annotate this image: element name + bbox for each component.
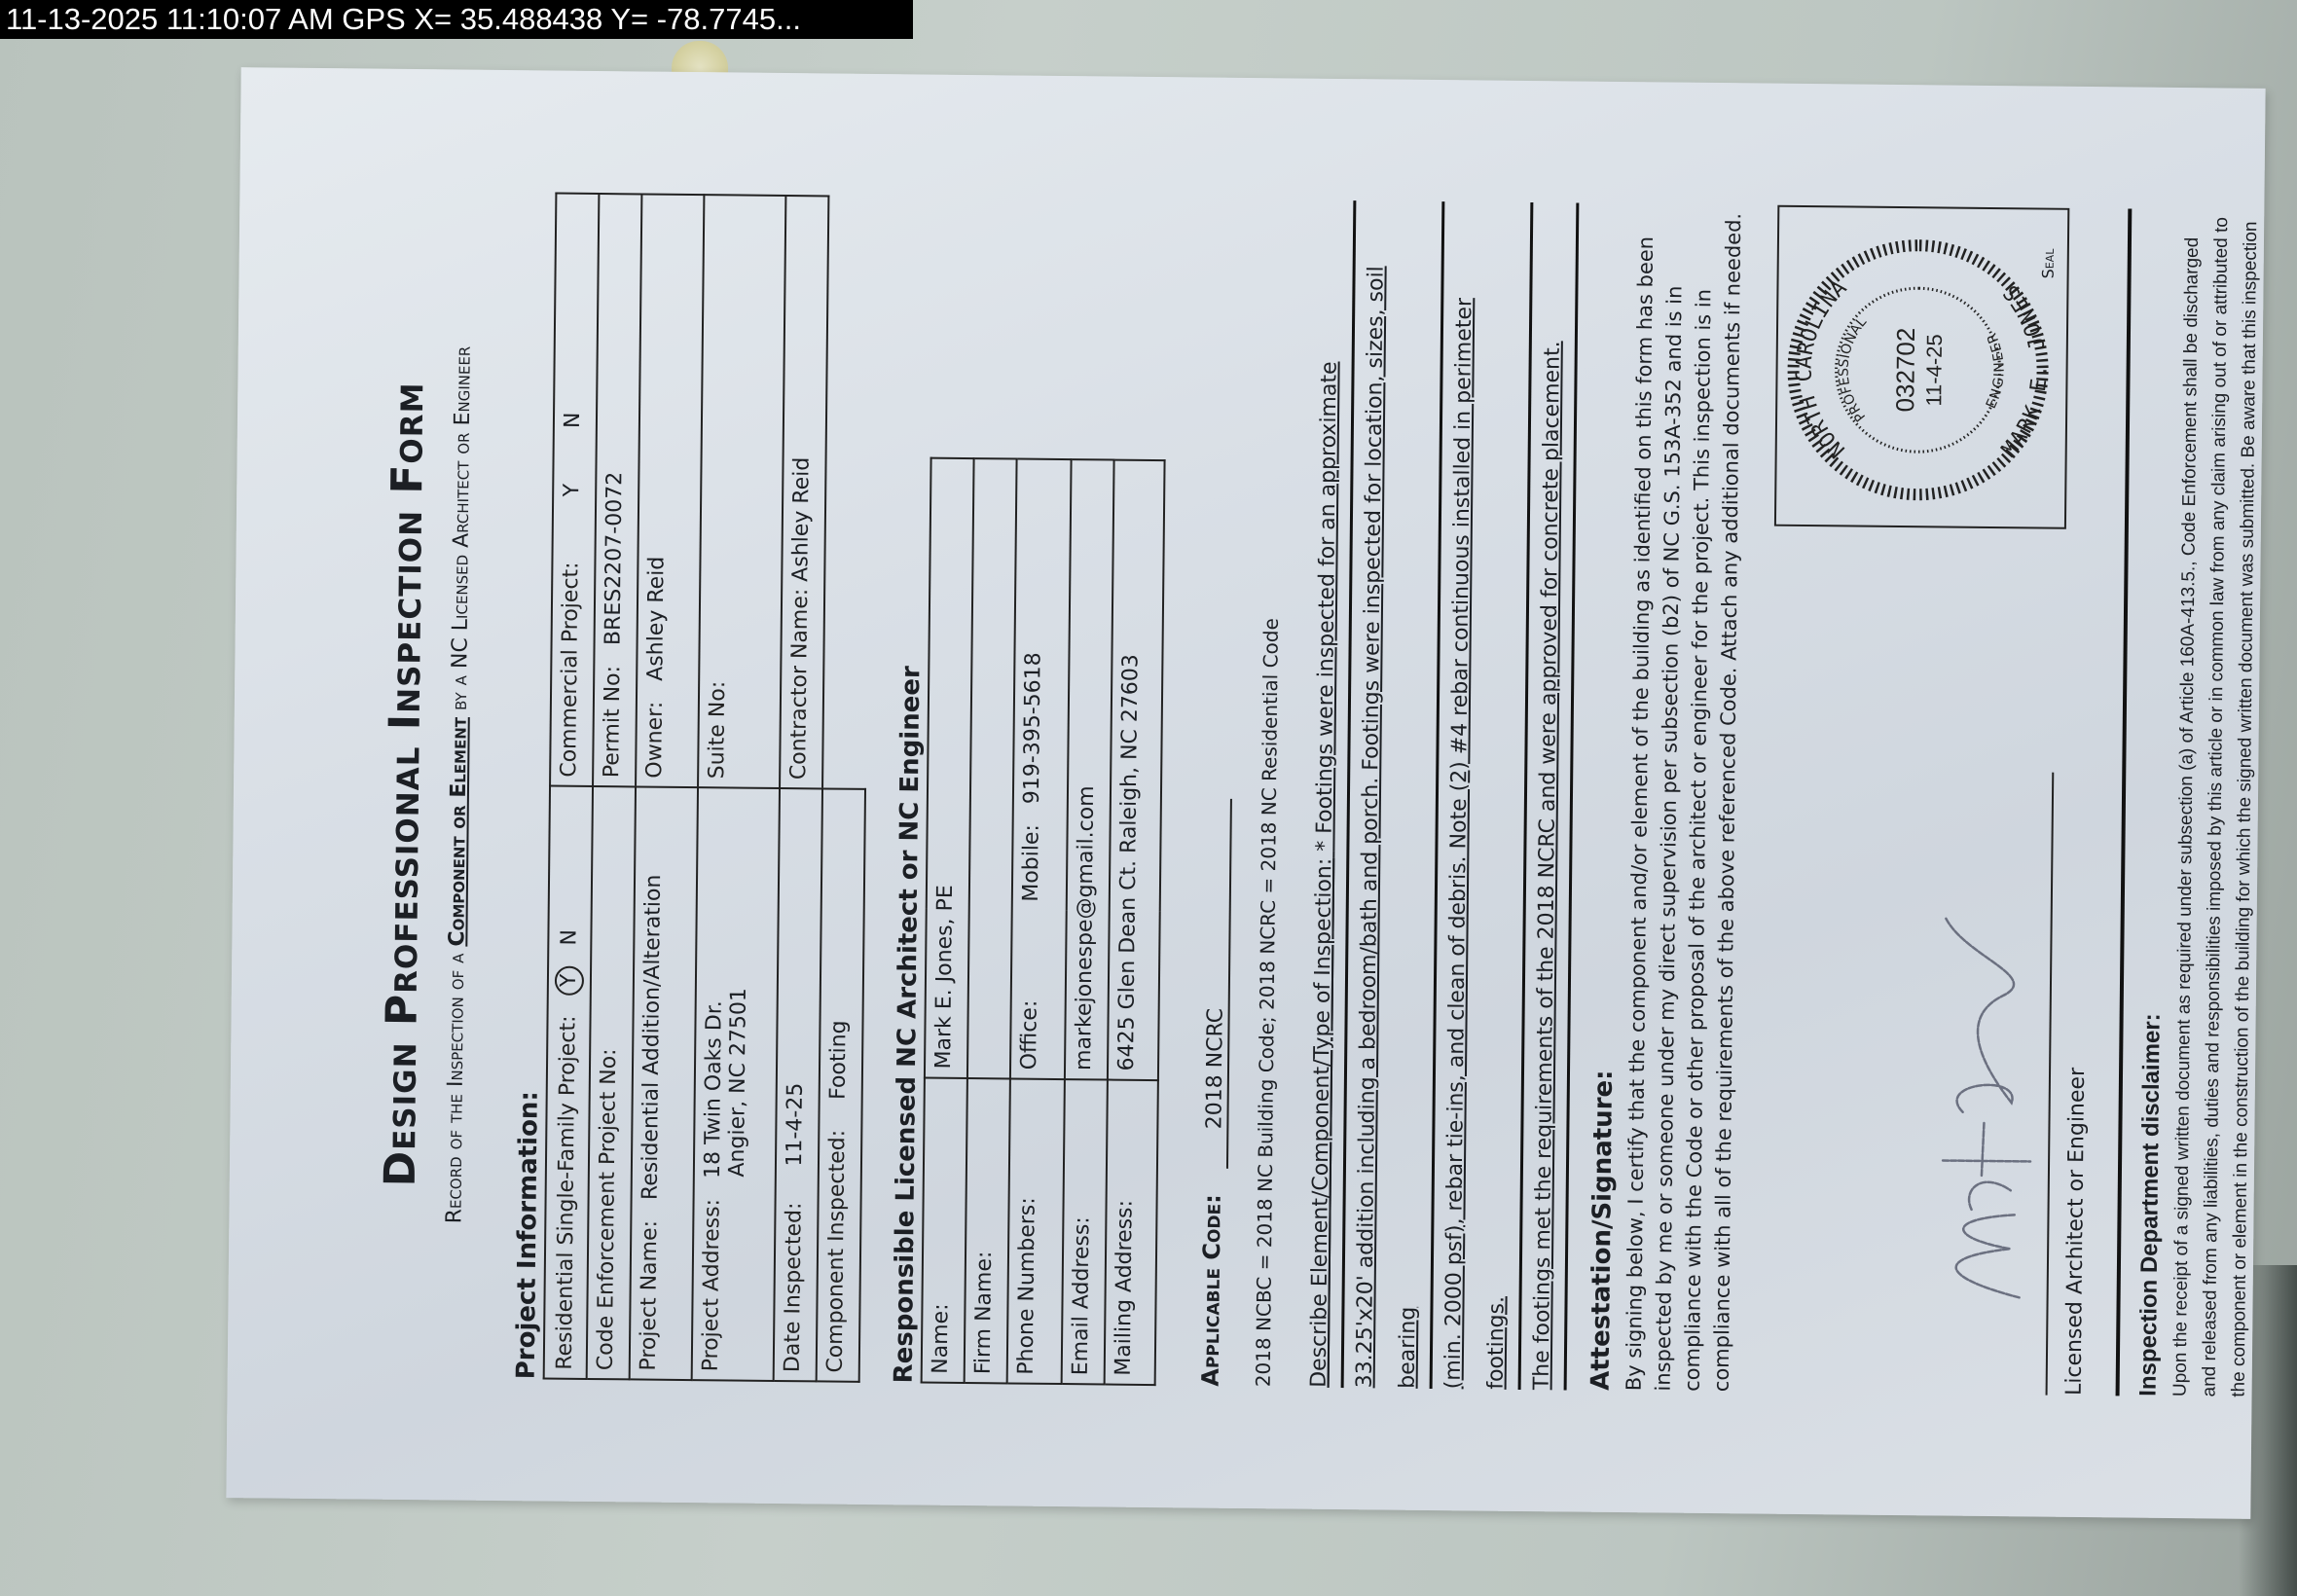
subtitle-suffix: by a NC Licensed Architect or Engineer	[448, 346, 476, 710]
component-value: Footing	[826, 1020, 852, 1100]
applicable-code-value: 2018 NCRC	[1202, 798, 1232, 1168]
name-label-cell: Name:	[922, 1077, 967, 1383]
contractor-value: Ashley Reid	[788, 457, 814, 582]
email-label-cell: Email Address:	[1062, 1079, 1108, 1385]
component-label: Component Inspected:	[823, 1130, 851, 1373]
svg-text:PROFESSIONAL: PROFESSIONAL	[1836, 314, 1870, 424]
permit-label: Permit No:	[600, 666, 625, 778]
svg-text:ENGINEER: ENGINEER	[1984, 330, 2008, 411]
address-label: Project Address:	[699, 1199, 725, 1372]
attestation-body: By signing below, I certify that the com…	[1620, 203, 1749, 1392]
owner-cell: Owner: Ashley Reid	[636, 194, 704, 787]
commercial-label: Commercial Project:	[557, 562, 583, 778]
date-label: Date Inspected:	[781, 1202, 807, 1372]
firm-value-cell	[967, 458, 1017, 1078]
mailing-label-cell: Mailing Address:	[1105, 1079, 1158, 1385]
residential-yes-circled[interactable]: Y	[555, 965, 584, 995]
inspection-description: Describe Element/Component/Type of Inspe…	[1298, 200, 1580, 1391]
address-line2: Angier, NC 27501	[725, 988, 751, 1178]
form-subtitle: Record of the Inspection of a Component …	[441, 191, 478, 1378]
name-value: Mark E. Jones, PE	[931, 885, 958, 1069]
name-value-cell: Mark E. Jones, PE	[925, 458, 974, 1078]
empty-cell	[822, 196, 871, 788]
mailing-label: Mailing Address:	[1112, 1200, 1138, 1376]
paper-sheet: Design Professional Inspection Form Reco…	[226, 67, 2265, 1519]
office-cell: Office:	[1010, 910, 1067, 1079]
mailing-value: 6425 Glen Dean Ct. Raleigh, NC 27603	[1114, 654, 1143, 1070]
firm-label-cell: Firm Name:	[965, 1078, 1010, 1384]
name-label: Name:	[929, 1303, 954, 1374]
residential-no[interactable]: N	[557, 929, 581, 946]
commercial-yes[interactable]: Y	[560, 484, 584, 497]
subtitle-prefix: Record of the Inspection of a	[442, 953, 469, 1223]
signature-scribble	[1903, 897, 2053, 1308]
applicable-code-label: Applicable Code:	[1197, 1194, 1226, 1387]
table-row: Mailing Address: 6425 Glen Dean Ct. Rale…	[1105, 460, 1165, 1385]
table-row: Phone Numbers: Office: Mobile: 919-395-5…	[1007, 459, 1072, 1384]
project-info-table: Residential Single-Family Project: Y N C…	[543, 193, 873, 1383]
inspection-form-page: Design Professional Inspection Form Reco…	[266, 102, 2227, 1485]
email-value-cell: markejonespe@gmail.com	[1065, 460, 1114, 1080]
address-line1: 18 Twin Oaks Dr.	[701, 1000, 727, 1179]
permit-value: BRES2207-0072	[602, 472, 628, 645]
project-name-value: Residential Addition/Alteration	[638, 874, 667, 1200]
commercial-cell: Commercial Project: Y N	[550, 194, 599, 786]
project-name-cell: Project Name: Residential Addition/Alter…	[630, 786, 698, 1380]
responsible-table: Name: Mark E. Jones, PE Firm Name: Phone…	[921, 457, 1166, 1386]
residential-label: Residential Single-Family Project:	[553, 1015, 581, 1369]
residential-cell: Residential Single-Family Project: Y N	[544, 786, 593, 1379]
description-label: Describe Element/Component/Type of Inspe…	[1307, 858, 1337, 1388]
description-line: (min. 2000 psf), rebar tie-ins, and clea…	[1433, 201, 1534, 1390]
code-enforcement-label: Code Enforcement Project No:	[594, 1048, 621, 1370]
mobile-label: Mobile:	[1019, 824, 1044, 902]
phone-label-cell: Phone Numbers:	[1007, 1078, 1065, 1384]
owner-value: Ashley Reid	[643, 557, 669, 681]
firm-label: Firm Name:	[971, 1251, 997, 1375]
permit-cell: Permit No: BRES2207-0072	[593, 194, 641, 786]
table-row: Project Address: 18 Twin Oaks Dr. Angier…	[692, 195, 786, 1381]
owner-label: Owner:	[642, 702, 668, 779]
photo-timestamp-gps-banner: 11-13-2025 11:10:07 AM GPS X= 35.488438 …	[0, 0, 913, 39]
engineer-seal-box: NORTH CAROLINA PROFESSIONAL MARK E. JONE…	[1774, 205, 2069, 529]
contractor-cell: Contractor Name: Ashley Reid	[780, 196, 828, 788]
disclaimer-section: Inspection Department disclaimer: Upon t…	[2116, 208, 2266, 1397]
seal-label: Seal	[2039, 249, 2058, 279]
mobile-value: 919-395-5618	[1020, 652, 1046, 804]
date-cell: Date Inspected: 11-4-25	[774, 788, 822, 1381]
project-name-label: Project Name:	[637, 1220, 663, 1371]
mobile-cell: Mobile: 919-395-5618	[1012, 459, 1072, 910]
mailing-value-cell: 6425 Glen Dean Ct. Raleigh, NC 27603	[1108, 460, 1165, 1080]
commercial-no[interactable]: N	[561, 412, 585, 428]
suite-label: Suite No:	[705, 681, 730, 780]
description-line: 33.25'x20' addition including a bedroom/…	[1344, 200, 1445, 1389]
disclaimer-body: Upon the receipt of a signed written doc…	[2167, 209, 2266, 1398]
form-title: Design Professional Inspection Form	[374, 191, 436, 1378]
date-value: 11-4-25	[783, 1083, 808, 1167]
subtitle-emphasis: Component or Element	[445, 717, 471, 947]
applicable-code-row: Applicable Code: 2018 NCRC	[1197, 199, 1239, 1387]
email-value: markejonespe@gmail.com	[1072, 785, 1099, 1070]
component-cell: Component Inspected: Footing	[817, 788, 865, 1381]
signature-label: Licensed Architect or Engineer	[2062, 1068, 2091, 1396]
engineer-seal-icon: NORTH CAROLINA PROFESSIONAL MARK E. JONE…	[1780, 223, 2056, 518]
email-label: Email Address:	[1069, 1216, 1095, 1375]
description-text: * Footings were inspected for an approxi…	[1312, 361, 1341, 852]
code-enforcement-cell: Code Enforcement Project No:	[587, 786, 636, 1379]
signature-area: Licensed Architect or Engineer	[1766, 770, 2094, 1396]
contractor-label: Contractor Name:	[786, 589, 813, 780]
code-equivalence-note: 2018 NCBC = 2018 NC Building Code; 2018 …	[1252, 199, 1288, 1387]
suite-cell: Suite No:	[698, 195, 785, 788]
office-label: Office:	[1017, 1000, 1042, 1070]
signature-seal-block: Licensed Architect or Engineer NORTH CAR…	[1766, 205, 2099, 1396]
phone-label: Phone Numbers:	[1014, 1197, 1040, 1375]
svg-text:032702: 032702	[1890, 328, 1920, 413]
address-cell: Project Address: 18 Twin Oaks Dr. Angier…	[692, 787, 780, 1381]
svg-text:11-4-25: 11-4-25	[1921, 334, 1947, 406]
